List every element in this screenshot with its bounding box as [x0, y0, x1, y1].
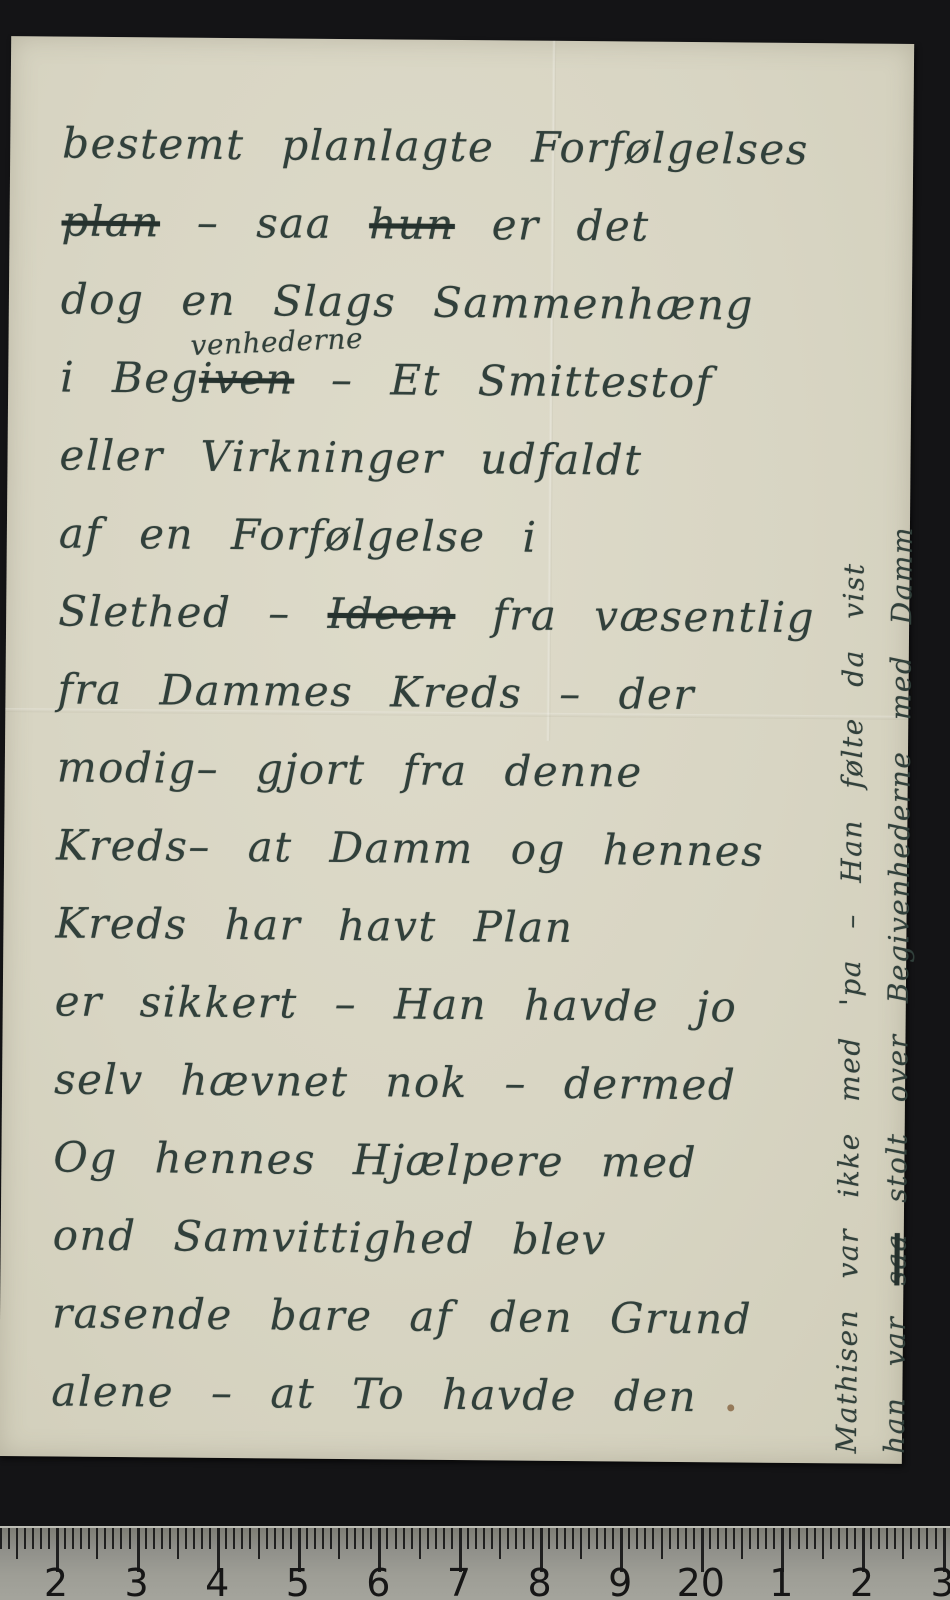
mm-tick [282, 1528, 284, 1549]
mm-tick [443, 1528, 445, 1549]
handwritten-text: alene – at To havde den [51, 1366, 697, 1421]
manuscript-line-13: selv hævnet nok – dermed [54, 1059, 737, 1107]
handwritten-text: ond Samvittighed blev [53, 1210, 607, 1264]
mm-tick [322, 1528, 324, 1549]
manuscript-line-15: ond Samvittighed blev [53, 1214, 607, 1261]
mm-tick [129, 1528, 131, 1549]
mm-tick [161, 1528, 163, 1549]
mm-tick [483, 1528, 485, 1549]
ruler-number: 20 [677, 1561, 725, 1600]
mm-tick [32, 1528, 34, 1549]
mm-tick [290, 1528, 292, 1549]
mm-tick [40, 1528, 42, 1549]
manuscript-line-16: rasende bare af den Grund [52, 1292, 752, 1340]
ruler-number: 5 [286, 1561, 310, 1600]
mm-tick [757, 1528, 759, 1549]
mm-tick [523, 1528, 525, 1549]
handwritten-text: dog en Slags Sammenhæng [61, 275, 754, 330]
mm-tick [451, 1528, 453, 1549]
mm-tick [733, 1528, 735, 1549]
struck-word: hun [369, 199, 455, 249]
manuscript-line-6: af en Forfølgelse i [59, 513, 538, 559]
mm-tick [878, 1528, 880, 1549]
handwritten-text: Og hennes Hjælpere med [53, 1132, 697, 1187]
manuscript-line-5: eller Virkninger udfaldt [59, 435, 642, 482]
mm-tick [112, 1528, 114, 1549]
ruler-number: 7 [447, 1561, 471, 1600]
mm-tick [612, 1528, 614, 1549]
manuscript-line-11: Kreds har havt Plan [55, 903, 573, 950]
mm-tick [395, 1528, 397, 1549]
mm-tick [306, 1528, 308, 1549]
half-tick [661, 1528, 663, 1559]
mm-tick [491, 1528, 493, 1549]
manuscript-line-2: plan – saa hun er det [61, 201, 649, 248]
manuscript-line-1: bestemt planlagte Forfølgelses [62, 123, 809, 172]
mm-tick [588, 1528, 590, 1549]
mm-tick [354, 1528, 356, 1549]
handwritten-text: er sikkert – Han havde jo [55, 977, 738, 1032]
mm-tick [362, 1528, 364, 1549]
mm-tick [725, 1528, 727, 1549]
mm-tick [185, 1528, 187, 1549]
manuscript-line-3: dog en Slags Sammenhæng [61, 279, 754, 327]
handwritten-text: han var [878, 1285, 912, 1454]
mm-tick [427, 1528, 429, 1549]
handwriting-body: bestemt planlagte Forfølgelsesplan – saa… [11, 36, 914, 44]
mm-tick [435, 1528, 437, 1549]
mm-tick [926, 1528, 928, 1549]
manuscript-line-4: i Begiven – Et Smittestofvenhederne [60, 357, 713, 405]
mm-tick [225, 1528, 227, 1549]
manuscript-line-7: Slethed – Ideen fra væsentlig [58, 591, 815, 640]
mm-tick [467, 1528, 469, 1549]
mm-tick [693, 1528, 695, 1549]
mm-tick [241, 1528, 243, 1549]
mm-tick [169, 1528, 171, 1549]
ruler-number: 9 [608, 1561, 632, 1600]
mm-tick [145, 1528, 147, 1549]
handwritten-text: Mathisen var ikke med 'pa – Han følte da… [830, 562, 871, 1453]
paper-speck [727, 1404, 734, 1411]
manuscript-line-8: fra Dammes Kreds – der [57, 669, 695, 717]
mm-tick [330, 1528, 332, 1549]
margin-line-1: Mathisen var ikke med 'pa – Han følte da… [832, 562, 871, 1453]
mm-tick [370, 1528, 372, 1549]
mm-tick [830, 1528, 832, 1549]
handwritten-text: Kreds har havt Plan [55, 899, 573, 953]
mm-tick [153, 1528, 155, 1549]
mm-tick [773, 1528, 775, 1549]
handwritten-text: eller Virkninger udfaldt [59, 431, 642, 485]
mm-tick [24, 1528, 26, 1549]
half-tick [499, 1528, 501, 1559]
mm-tick [854, 1528, 856, 1549]
ruler-number: 8 [528, 1561, 552, 1600]
handwritten-text: – Et Smittestof [294, 355, 713, 408]
ruler: 2345678920123 [0, 1526, 950, 1600]
mm-tick [765, 1528, 767, 1549]
manuscript-line-9: modig– gjort fra denne [57, 747, 643, 794]
handwritten-text: af en Forfølgelse i [59, 509, 538, 562]
mm-tick [233, 1528, 235, 1549]
mm-tick [0, 1528, 2, 1549]
mm-tick [838, 1528, 840, 1549]
half-tick [96, 1528, 98, 1559]
mm-tick [386, 1528, 388, 1549]
mm-tick [870, 1528, 872, 1549]
manuscript-line-17: alene – at To havde den [51, 1370, 697, 1418]
half-tick [741, 1528, 743, 1559]
mm-tick [685, 1528, 687, 1549]
manuscript-line-14: Og hennes Hjælpere med [53, 1136, 697, 1184]
mm-tick [644, 1528, 646, 1549]
struck-word: Ideen [327, 589, 455, 639]
mm-tick [918, 1528, 920, 1549]
mm-tick [846, 1528, 848, 1549]
mm-tick [556, 1528, 558, 1549]
mm-tick [88, 1528, 90, 1549]
mm-tick [717, 1528, 719, 1549]
handwritten-text: rasende bare af den Grund [52, 1288, 752, 1343]
margin-line-2: han var saa stolt over Begivenhederne me… [880, 526, 919, 1454]
mm-tick [604, 1528, 606, 1549]
mm-tick [814, 1528, 816, 1549]
mm-tick [209, 1528, 211, 1549]
mm-tick [346, 1528, 348, 1549]
mm-tick [201, 1528, 203, 1549]
mm-tick [709, 1528, 711, 1549]
ruler-number: 3 [125, 1561, 149, 1600]
handwritten-text: modig– gjort fra denne [57, 743, 643, 797]
manuscript-page: bestemt planlagte Forfølgelsesplan – saa… [0, 36, 914, 1464]
manuscript-line-10: Kreds– at Damm og hennes [56, 825, 764, 873]
mm-tick [572, 1528, 574, 1549]
mm-tick [910, 1528, 912, 1549]
handwritten-text: Slethed – [58, 587, 328, 638]
mm-tick [48, 1528, 50, 1549]
mm-tick [894, 1528, 896, 1549]
handwritten-text: fra væsentlig [455, 590, 815, 642]
mm-tick [475, 1528, 477, 1549]
handwritten-text: selv hævnet nok – dermed [54, 1055, 737, 1110]
manuscript-line-12: er sikkert – Han havde jo [55, 981, 738, 1029]
mm-tick [104, 1528, 106, 1549]
mm-tick [314, 1528, 316, 1549]
mm-tick [886, 1528, 888, 1549]
handwritten-text: i Beg [60, 353, 199, 403]
mm-tick [636, 1528, 638, 1549]
struck-word: saa [879, 1233, 912, 1286]
half-tick [177, 1528, 179, 1559]
ruler-number: 6 [366, 1561, 390, 1600]
handwritten-text: fra Dammes Kreds – der [57, 665, 695, 720]
half-tick [338, 1528, 340, 1559]
half-tick [419, 1528, 421, 1559]
mm-tick [677, 1528, 679, 1549]
handwritten-text: – saa [160, 197, 370, 248]
mm-tick [249, 1528, 251, 1549]
mm-tick [403, 1528, 405, 1549]
mm-tick [798, 1528, 800, 1549]
mm-tick [548, 1528, 550, 1549]
half-tick [580, 1528, 582, 1559]
mm-tick [193, 1528, 195, 1549]
handwritten-text: Kreds– at Damm og hennes [56, 821, 764, 876]
half-tick [258, 1528, 260, 1559]
mm-tick [596, 1528, 598, 1549]
mm-tick [120, 1528, 122, 1549]
mm-tick [669, 1528, 671, 1549]
mm-tick [64, 1528, 66, 1549]
inserted-word-above-line: venhederne [190, 325, 364, 360]
half-tick [822, 1528, 824, 1559]
handwritten-text: stolt over Begivenhederne med Damm [880, 526, 919, 1233]
handwriting-margin-note: Mathisen var ikke med 'pa – Han følte da… [11, 36, 914, 44]
half-tick [902, 1528, 904, 1559]
mm-tick [411, 1528, 413, 1549]
mm-tick [72, 1528, 74, 1549]
mm-tick [749, 1528, 751, 1549]
scan-background: bestemt planlagte Forfølgelsesplan – saa… [0, 0, 950, 1600]
mm-tick [80, 1528, 82, 1549]
ruler-number: 2 [850, 1561, 874, 1600]
handwritten-text: er det [455, 200, 650, 251]
mm-tick [8, 1528, 10, 1549]
mm-tick [507, 1528, 509, 1549]
mm-tick [935, 1528, 937, 1549]
mm-tick [515, 1528, 517, 1549]
mm-tick [266, 1528, 268, 1549]
mm-tick [274, 1528, 276, 1549]
mm-tick [532, 1528, 534, 1549]
handwritten-text: bestemt planlagte Forfølgelses [62, 119, 809, 175]
struck-word: plan [61, 197, 160, 247]
mm-tick [652, 1528, 654, 1549]
mm-tick [789, 1528, 791, 1549]
mm-tick [806, 1528, 808, 1549]
mm-tick [564, 1528, 566, 1549]
mm-tick [628, 1528, 630, 1549]
ruler-number: 3 [931, 1561, 950, 1600]
ruler-number: 4 [205, 1561, 229, 1600]
ruler-number: 2 [44, 1561, 68, 1600]
ruler-number: 1 [769, 1561, 793, 1600]
half-tick [16, 1528, 18, 1559]
